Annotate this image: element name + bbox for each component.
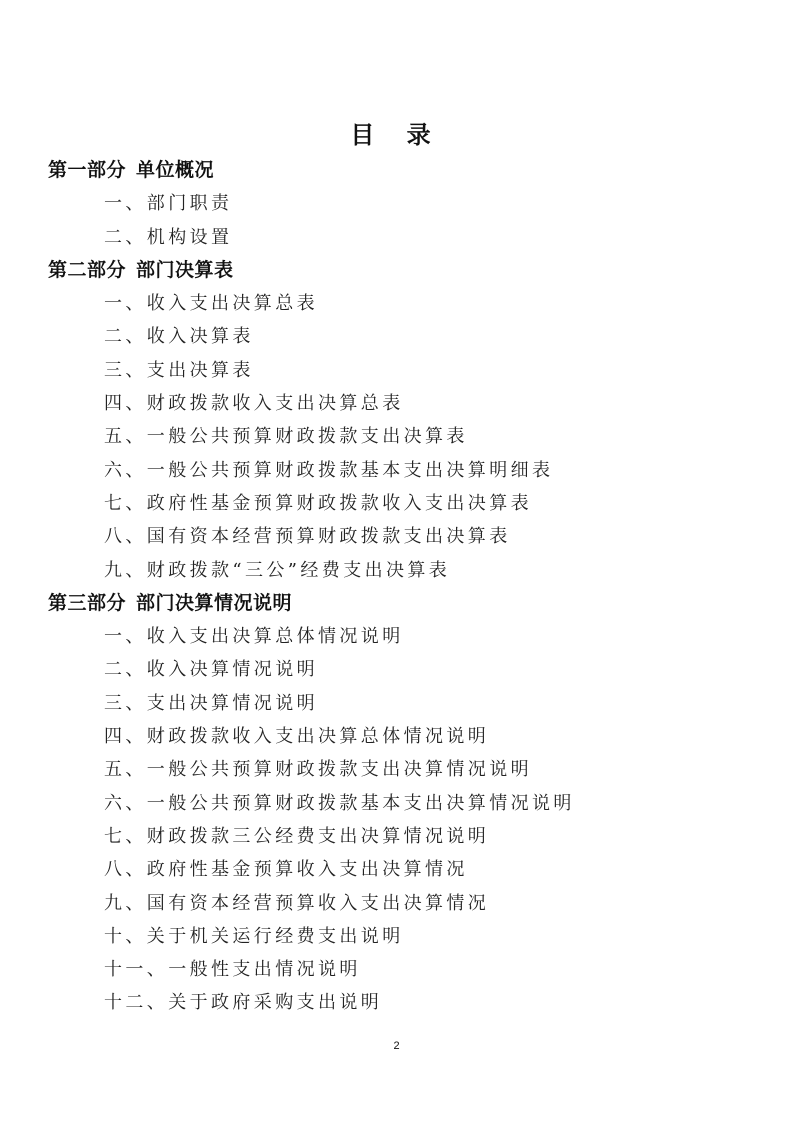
toc-entry[interactable]: 二、收入决算情况说明	[0, 653, 793, 686]
toc-entry[interactable]: 七、财政拨款三公经费支出决算情况说明	[0, 820, 793, 853]
toc-entry[interactable]: 八、政府性基金预算收入支出决算情况	[0, 853, 793, 886]
section-number: 第一部分	[48, 159, 126, 181]
toc-entry[interactable]: 二、机构设置	[0, 221, 793, 254]
toc-entry[interactable]: 一、部门职责	[0, 187, 793, 220]
toc-entry[interactable]: 六、一般公共预算财政拨款基本支出决算情况说明	[0, 787, 793, 820]
toc-entry[interactable]: 五、一般公共预算财政拨款支出决算表	[0, 420, 793, 453]
toc-entry[interactable]: 二、收入决算表	[0, 320, 793, 353]
toc-entry[interactable]: 十、关于机关运行经费支出说明	[0, 920, 793, 953]
toc-entry[interactable]: 五、一般公共预算财政拨款支出决算情况说明	[0, 753, 793, 786]
section-title: 部门决算表	[136, 259, 234, 281]
toc-entry[interactable]: 一、收入支出决算总体情况说明	[0, 620, 793, 653]
page-number: 2	[0, 1040, 793, 1052]
toc-entry[interactable]: 三、支出决算情况说明	[0, 687, 793, 720]
toc-entry[interactable]: 九、国有资本经营预算收入支出决算情况	[0, 887, 793, 920]
toc-entry[interactable]: 十一、一般性支出情况说明	[0, 953, 793, 986]
toc-section-1[interactable]: 第一部分单位概况	[0, 154, 793, 187]
toc-entry[interactable]: 四、财政拨款收入支出决算总体情况说明	[0, 720, 793, 753]
toc-entry[interactable]: 四、财政拨款收入支出决算总表	[0, 387, 793, 420]
toc-section-2[interactable]: 第二部分部门决算表	[0, 254, 793, 287]
section-title: 单位概况	[136, 159, 214, 181]
toc-entry[interactable]: 六、一般公共预算财政拨款基本支出决算明细表	[0, 454, 793, 487]
toc-entry[interactable]: 十二、关于政府采购支出说明	[0, 986, 793, 1019]
toc-entry[interactable]: 一、收入支出决算总表	[0, 287, 793, 320]
toc-section-3[interactable]: 第三部分部门决算情况说明	[0, 587, 793, 620]
toc-entry[interactable]: 八、国有资本经营预算财政拨款支出决算表	[0, 520, 793, 553]
toc-entry[interactable]: 三、支出决算表	[0, 354, 793, 387]
section-title: 部门决算情况说明	[136, 592, 292, 614]
toc-entry[interactable]: 七、政府性基金预算财政拨款收入支出决算表	[0, 487, 793, 520]
section-number: 第三部分	[48, 592, 126, 614]
page-title: 目 录	[0, 118, 793, 152]
section-number: 第二部分	[48, 259, 126, 281]
toc-entry[interactable]: 九、财政拨款“三公”经费支出决算表	[0, 554, 793, 587]
table-of-contents: 第一部分单位概况 一、部门职责 二、机构设置 第二部分部门决算表 一、收入支出决…	[0, 154, 793, 1020]
